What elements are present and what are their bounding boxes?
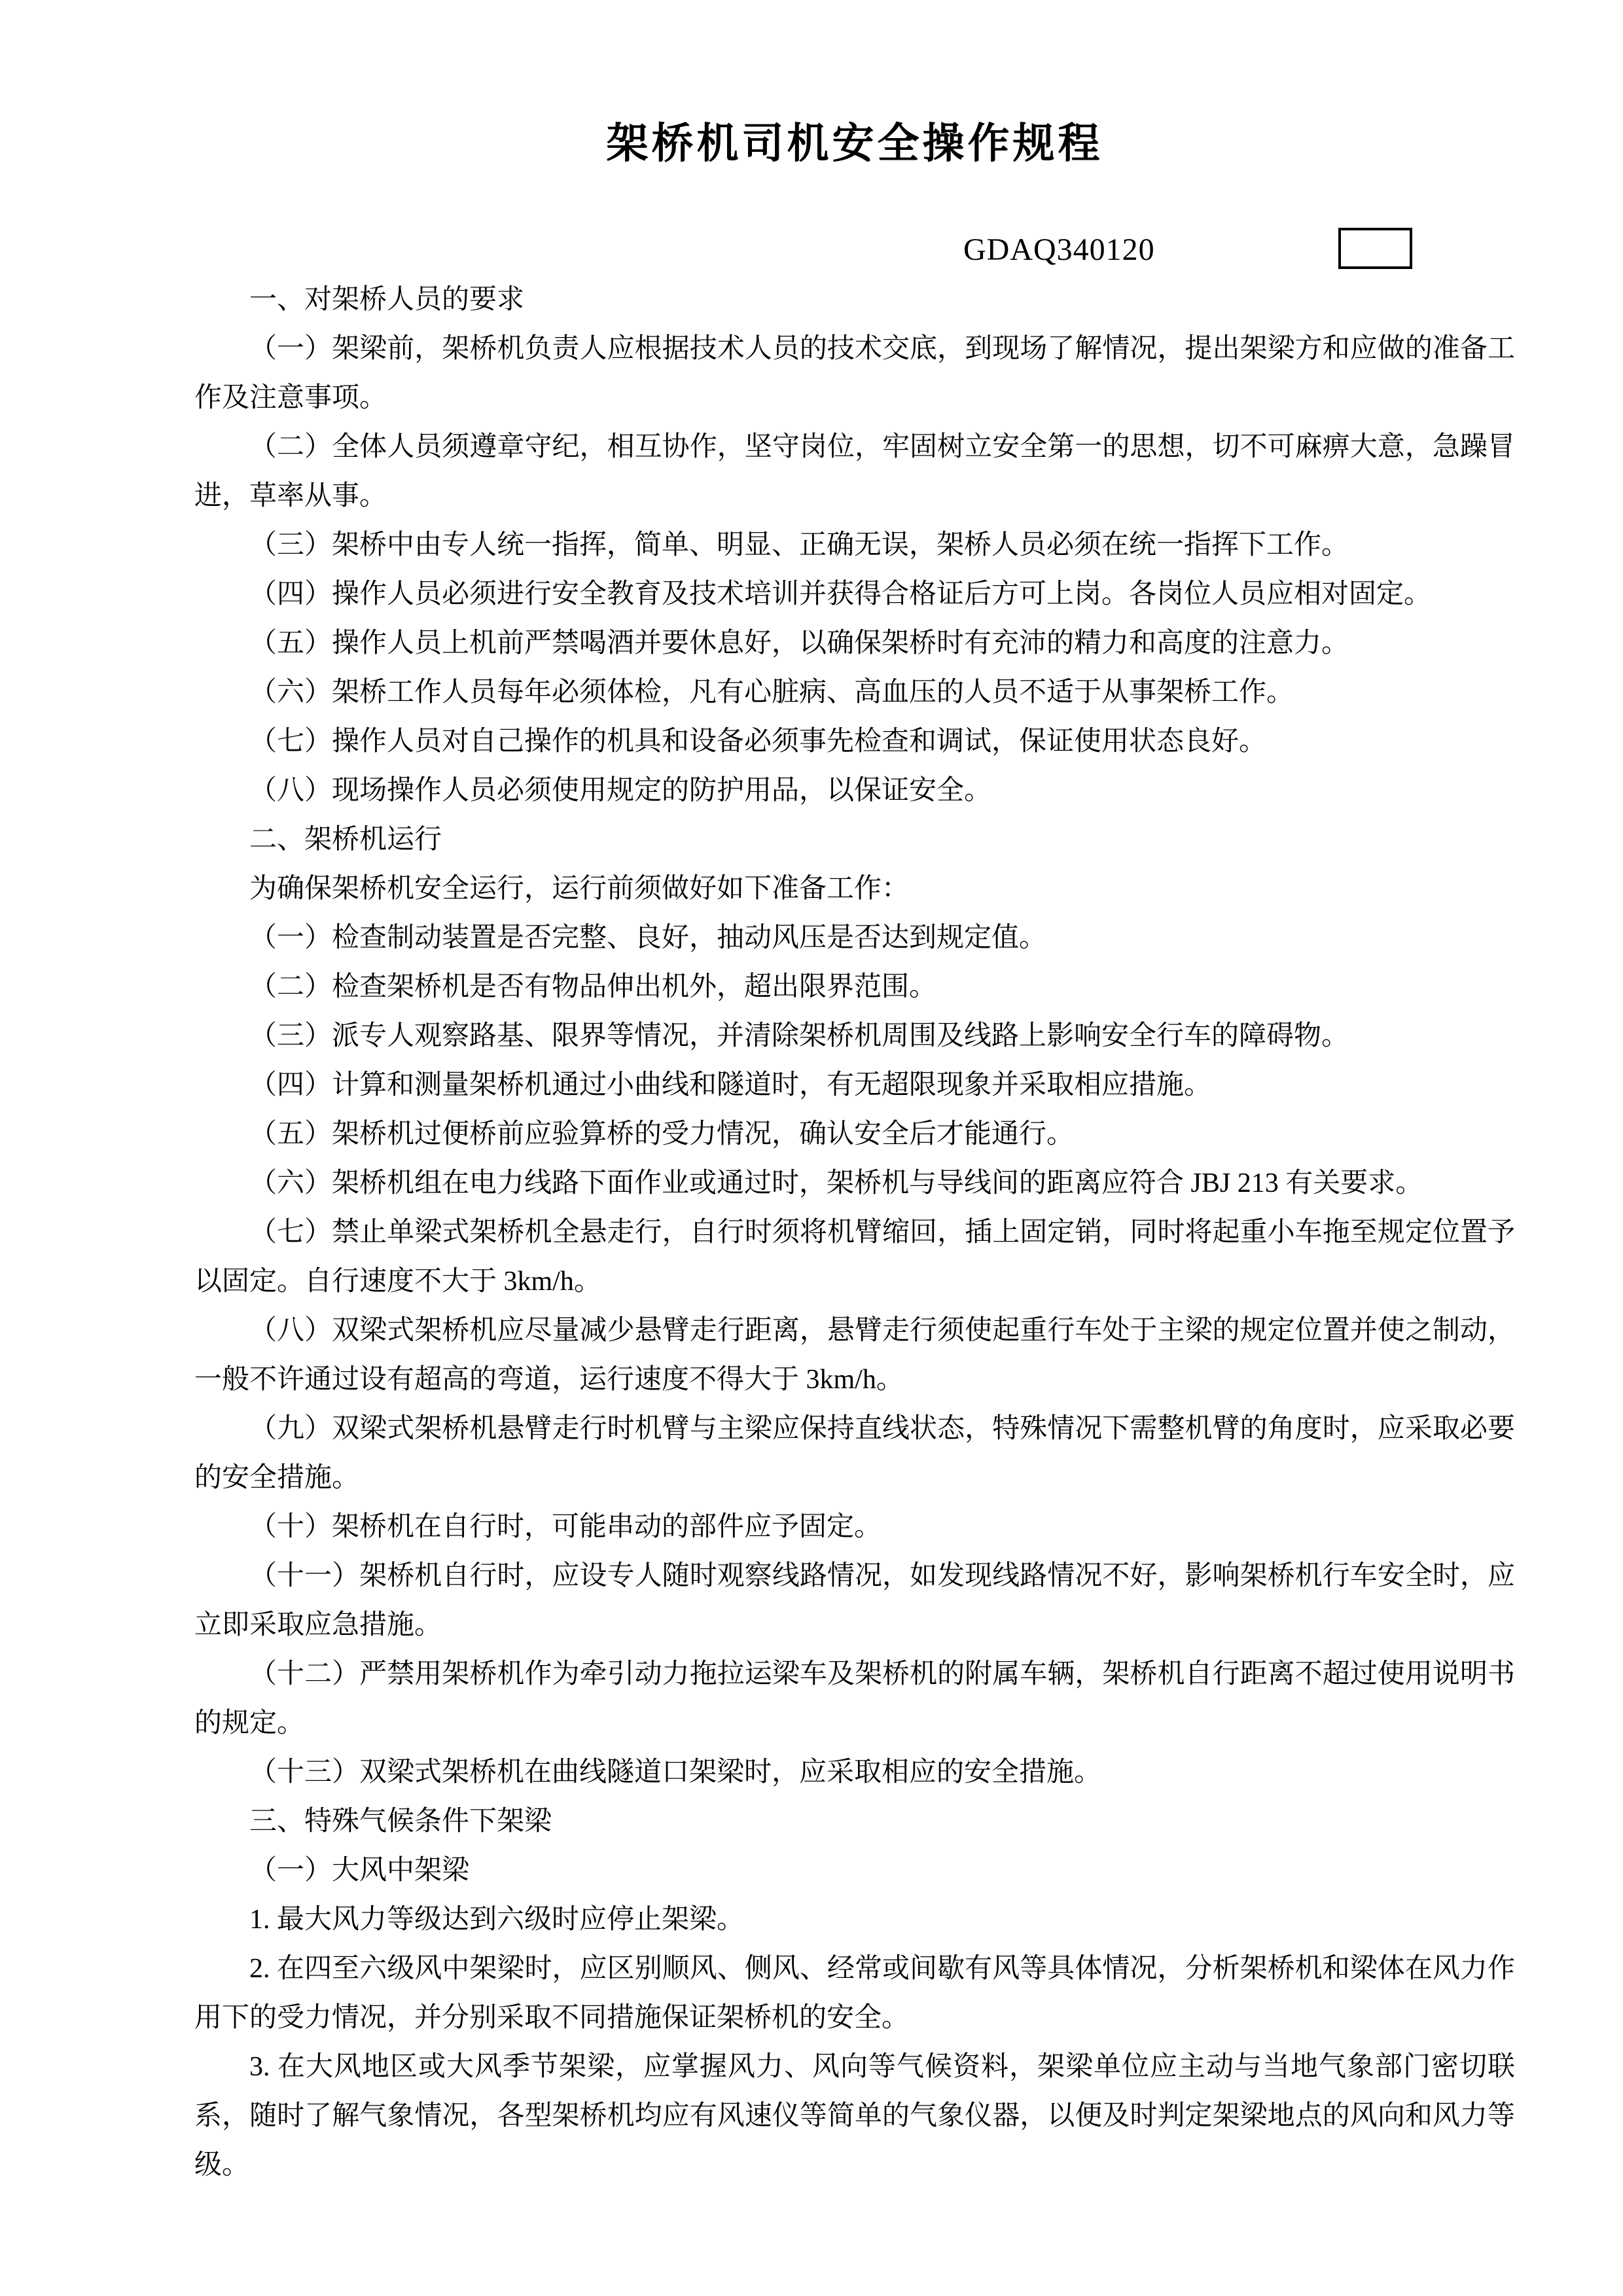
paragraph: （一）检查制动装置是否完整、良好，抽动风压是否达到规定值。: [194, 914, 1515, 963]
paragraph: （五）操作人员上机前严禁喝酒并要休息好，以确保架桥时有充沛的精力和高度的注意力。: [194, 619, 1515, 668]
paragraph: （十三）双梁式架桥机在曲线隧道口架梁时，应采取相应的安全措施。: [194, 1748, 1515, 1797]
corner-box: [1338, 228, 1412, 269]
paragraph: 三、特殊气候条件下架梁: [194, 1797, 1515, 1846]
paragraph: （十）架桥机在自行时，可能串动的部件应予固定。: [194, 1503, 1515, 1552]
paragraph: （一）大风中架梁: [194, 1846, 1515, 1895]
paragraph: （六）架桥机组在电力线路下面作业或通过时，架桥机与导线间的距离应符合 JBJ 2…: [194, 1159, 1515, 1208]
paragraph: （二）检查架桥机是否有物品伸出机外，超出限界范围。: [194, 963, 1515, 1012]
paragraph: （五）架桥机过便桥前应验算桥的受力情况，确认安全后才能通行。: [194, 1110, 1515, 1159]
paragraph: （一）架梁前，架桥机负责人应根据技术人员的技术交底，到现场了解情况，提出架梁方和…: [194, 325, 1515, 423]
paragraph: （十一）架桥机自行时，应设专人随时观察线路情况，如发现线路情况不好，影响架桥机行…: [194, 1552, 1515, 1650]
document-title: 架桥机司机安全操作规程: [194, 118, 1515, 170]
paragraph: （十二）严禁用架桥机作为牵引动力拖拉运梁车及架桥机的附属车辆，架桥机自行距离不超…: [194, 1650, 1515, 1748]
paragraph: 2. 在四至六级风中架梁时，应区别顺风、侧风、经常或间歇有风等具体情况，分析架桥…: [194, 1945, 1515, 2043]
paragraph: （八）双梁式架桥机应尽量减少悬臂走行距离，悬臂走行须使起重行车处于主梁的规定位置…: [194, 1306, 1515, 1405]
document-body: 一、对架桥人员的要求（一）架梁前，架桥机负责人应根据技术人员的技术交底，到现场了…: [194, 276, 1515, 2190]
paragraph: （二）全体人员须遵章守纪，相互协作，坚守岗位，牢固树立安全第一的思想，切不可麻痹…: [194, 423, 1515, 521]
paragraph: （三）派专人观察路基、限界等情况，并清除架桥机周围及线路上影响安全行车的障碍物。: [194, 1012, 1515, 1061]
paragraph: （八）现场操作人员必须使用规定的防护用品，以保证安全。: [194, 766, 1515, 816]
document-code: GDAQ340120: [963, 234, 1155, 266]
paragraph: （六）架桥工作人员每年必须体检，凡有心脏病、高血压的人员不适于从事架桥工作。: [194, 668, 1515, 717]
document-page: 架桥机司机安全操作规程 GDAQ340120 一、对架桥人员的要求（一）架梁前，…: [0, 0, 1623, 2296]
paragraph: （七）禁止单梁式架桥机全悬走行，自行时须将机臂缩回，插上固定销，同时将起重小车拖…: [194, 1208, 1515, 1306]
paragraph: （四）操作人员必须进行安全教育及技术培训并获得合格证后方可上岗。各岗位人员应相对…: [194, 570, 1515, 619]
paragraph: 3. 在大风地区或大风季节架梁，应掌握风力、风向等气候资料，架梁单位应主动与当地…: [194, 2043, 1515, 2190]
paragraph: 一、对架桥人员的要求: [194, 276, 1515, 325]
paragraph: 为确保架桥机安全运行，运行前须做好如下准备工作：: [194, 865, 1515, 914]
paragraph: （四）计算和测量架桥机通过小曲线和隧道时，有无超限现象并采取相应措施。: [194, 1061, 1515, 1110]
paragraph: （三）架桥中由专人统一指挥，简单、明显、正确无误，架桥人员必须在统一指挥下工作。: [194, 521, 1515, 570]
paragraph: 1. 最大风力等级达到六级时应停止架梁。: [194, 1895, 1515, 1945]
paragraph: 二、架桥机运行: [194, 816, 1515, 865]
paragraph: （七）操作人员对自己操作的机具和设备必须事先检查和调试，保证使用状态良好。: [194, 717, 1515, 766]
paragraph: （九）双梁式架桥机悬臂走行时机臂与主梁应保持直线状态，特殊情况下需整机臂的角度时…: [194, 1405, 1515, 1503]
